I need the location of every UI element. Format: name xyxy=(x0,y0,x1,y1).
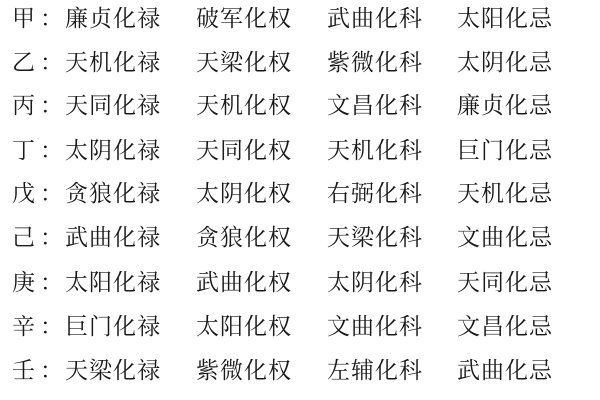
hua-ji-cell: 天机化忌 xyxy=(457,179,553,209)
table-row: 庚 ： 太阳化禄 武曲化权 太阴化科 天同化忌 xyxy=(0,268,600,298)
hua-ke-cell: 天梁化科 xyxy=(327,223,423,253)
colon: ： xyxy=(40,268,64,298)
hua-ke-cell: 左辅化科 xyxy=(327,356,423,386)
colon: ： xyxy=(40,223,64,253)
hua-ke-cell: 文昌化科 xyxy=(327,91,423,121)
hua-quan-cell: 天同化权 xyxy=(196,136,292,166)
sihua-table: 甲 ： 廉贞化禄 破军化权 武曲化科 太阳化忌 乙 ： 天机化禄 天梁化权 紫微… xyxy=(0,0,600,400)
table-row: 戊 ： 贪狼化禄 太阴化权 右弼化科 天机化忌 xyxy=(0,179,600,209)
hua-ji-cell: 天同化忌 xyxy=(457,268,553,298)
hua-ke-cell: 右弼化科 xyxy=(327,179,423,209)
hua-lu-cell: 贪狼化禄 xyxy=(65,179,161,209)
table-row: 乙 ： 天机化禄 天梁化权 紫微化科 太阴化忌 xyxy=(0,48,600,78)
hua-ke-cell: 武曲化科 xyxy=(327,4,423,34)
hua-lu-cell: 廉贞化禄 xyxy=(65,4,161,34)
hua-ji-cell: 文昌化忌 xyxy=(457,312,553,342)
hua-lu-cell: 武曲化禄 xyxy=(65,223,161,253)
hua-lu-cell: 太阳化禄 xyxy=(65,268,161,298)
hua-ji-cell: 廉贞化忌 xyxy=(457,91,553,121)
hua-lu-cell: 巨门化禄 xyxy=(65,312,161,342)
hua-ke-cell: 紫微化科 xyxy=(327,48,423,78)
heavenly-stem: 戊 xyxy=(12,179,36,209)
hua-ke-cell: 太阴化科 xyxy=(327,268,423,298)
hua-quan-cell: 破军化权 xyxy=(196,4,292,34)
hua-ke-cell: 天机化科 xyxy=(327,136,423,166)
table-row: 己 ： 武曲化禄 贪狼化权 天梁化科 文曲化忌 xyxy=(0,223,600,253)
colon: ： xyxy=(40,136,64,166)
hua-ji-cell: 巨门化忌 xyxy=(457,136,553,166)
heavenly-stem: 壬 xyxy=(12,356,36,386)
heavenly-stem: 乙 xyxy=(12,48,36,78)
hua-quan-cell: 太阳化权 xyxy=(196,312,292,342)
hua-quan-cell: 武曲化权 xyxy=(196,268,292,298)
hua-quan-cell: 贪狼化权 xyxy=(196,223,292,253)
heavenly-stem: 甲 xyxy=(12,4,36,34)
table-row: 甲 ： 廉贞化禄 破军化权 武曲化科 太阳化忌 xyxy=(0,4,600,34)
colon: ： xyxy=(40,179,64,209)
hua-ke-cell: 文曲化科 xyxy=(327,312,423,342)
hua-lu-cell: 天机化禄 xyxy=(65,48,161,78)
hua-quan-cell: 天机化权 xyxy=(196,91,292,121)
table-row: 壬 ： 天梁化禄 紫微化权 左辅化科 武曲化忌 xyxy=(0,356,600,386)
heavenly-stem: 丁 xyxy=(12,136,36,166)
colon: ： xyxy=(40,91,64,121)
heavenly-stem: 庚 xyxy=(12,268,36,298)
hua-lu-cell: 天梁化禄 xyxy=(65,356,161,386)
hua-ji-cell: 文曲化忌 xyxy=(457,223,553,253)
heavenly-stem: 己 xyxy=(12,223,36,253)
colon: ： xyxy=(40,48,64,78)
heavenly-stem: 丙 xyxy=(12,91,36,121)
table-row: 辛 ： 巨门化禄 太阳化权 文曲化科 文昌化忌 xyxy=(0,312,600,342)
hua-quan-cell: 紫微化权 xyxy=(196,356,292,386)
table-row: 丙 ： 天同化禄 天机化权 文昌化科 廉贞化忌 xyxy=(0,91,600,121)
hua-ji-cell: 太阴化忌 xyxy=(457,48,553,78)
hua-quan-cell: 天梁化权 xyxy=(196,48,292,78)
hua-ji-cell: 武曲化忌 xyxy=(457,356,553,386)
hua-quan-cell: 太阴化权 xyxy=(196,179,292,209)
table-row: 丁 ： 太阴化禄 天同化权 天机化科 巨门化忌 xyxy=(0,136,600,166)
colon: ： xyxy=(40,4,64,34)
colon: ： xyxy=(40,356,64,386)
hua-lu-cell: 天同化禄 xyxy=(65,91,161,121)
heavenly-stem: 辛 xyxy=(12,312,36,342)
hua-ji-cell: 太阳化忌 xyxy=(457,4,553,34)
colon: ： xyxy=(40,312,64,342)
hua-lu-cell: 太阴化禄 xyxy=(65,136,161,166)
